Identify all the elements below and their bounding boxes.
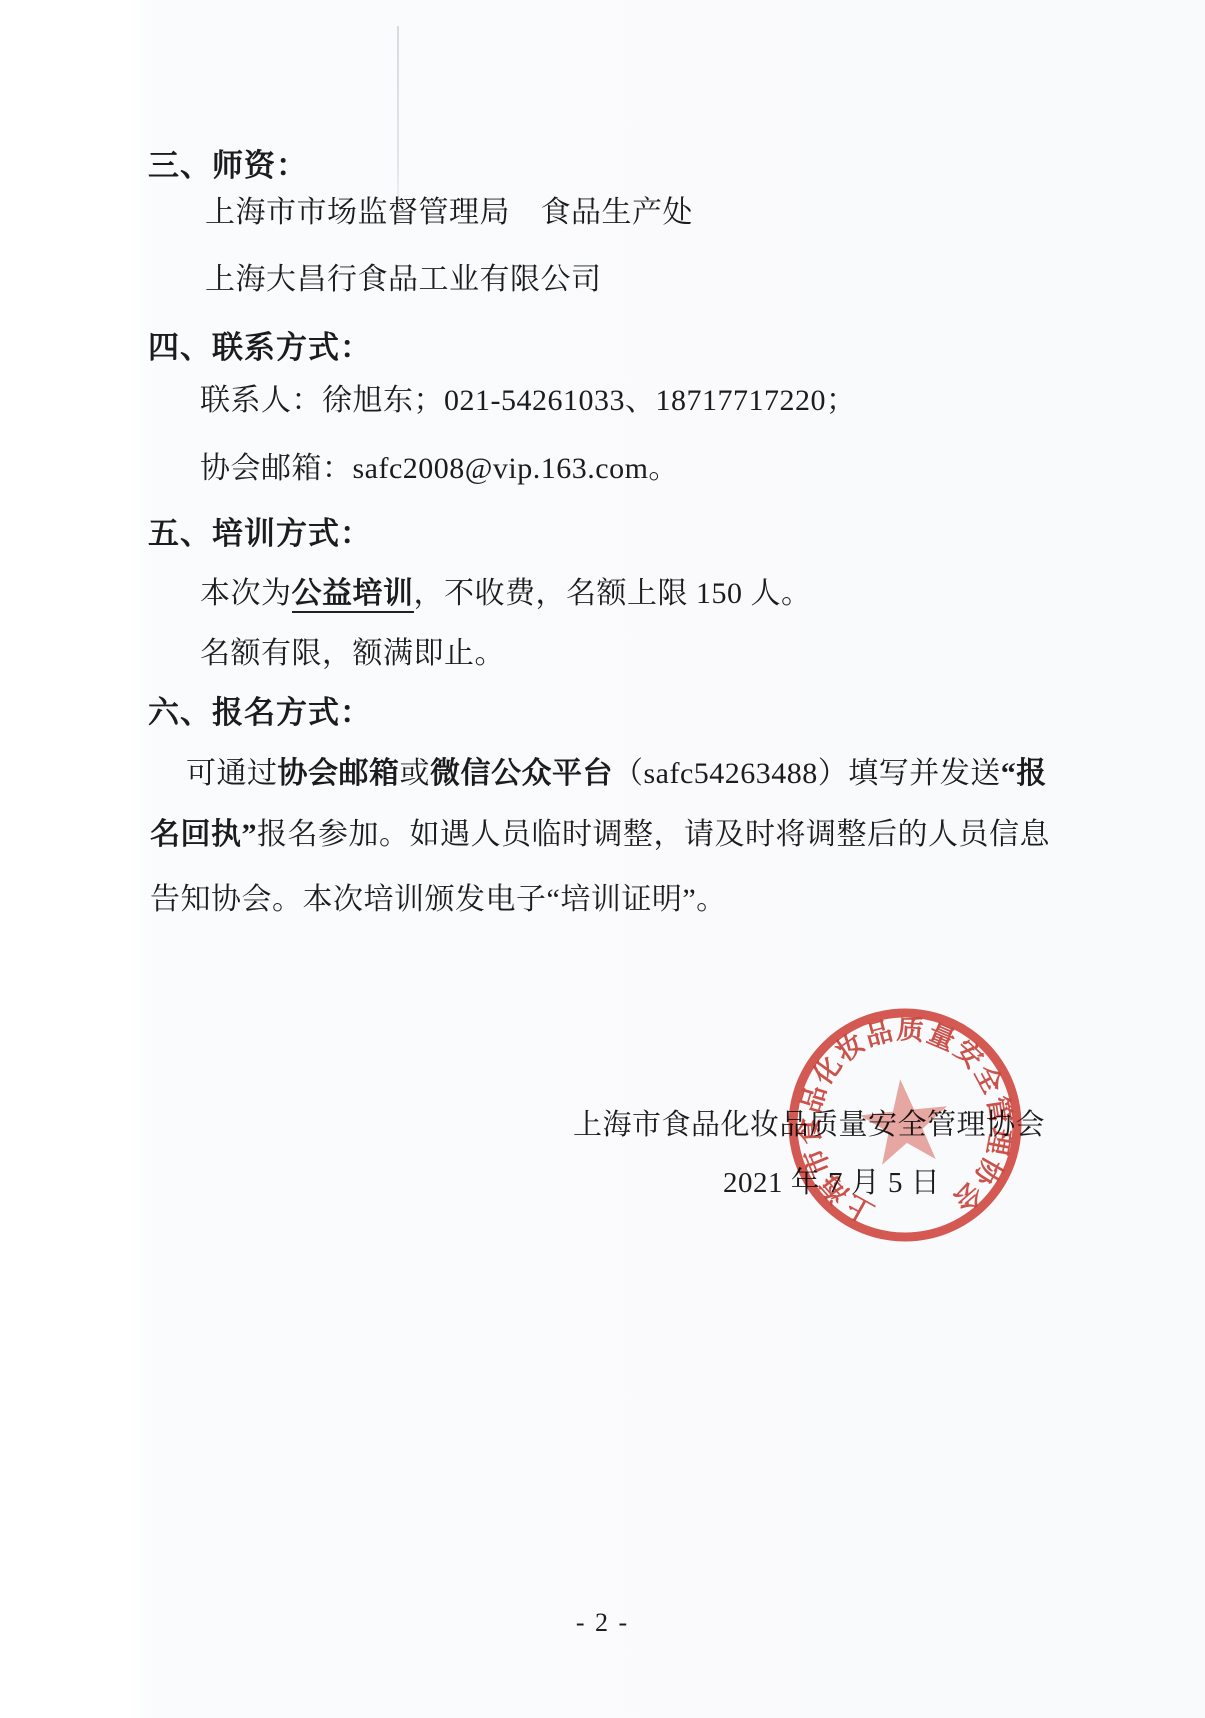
quota-line: 名额有限，额满即止。 [200, 628, 505, 672]
section-3-line-2: 上海大昌行食品工业有限公司 [205, 254, 602, 298]
registration-line-2: 名回执”报名参加。如遇人员临时调整，请及时将调整后的人员信息 [150, 809, 1050, 853]
contact-person-line: 联系人：徐旭东；021-54261033、18717717220； [200, 375, 857, 419]
reg-l1-wechat-bold: 微信公众平台 [430, 757, 613, 790]
reg-l1-email-bold: 协会邮箱 [278, 757, 400, 790]
registration-line-1: 可通过协会邮箱或微信公众平台（safc54263488）填写并发送“报 [186, 748, 1047, 792]
training-fee-line: 本次为公益培训，不收费，名额上限 150 人。 [200, 568, 812, 612]
section-3-line-1: 上海市市场监督管理局 食品生产处 [205, 187, 693, 231]
reg-l2-receipt-bold: 名回执” [150, 818, 257, 851]
reg-l1-account: （safc54263488）填写并发送 [613, 757, 1001, 790]
reg-l1-pre: 可通过 [186, 757, 278, 790]
section-6-heading: 六、报名方式： [148, 687, 372, 732]
official-seal: 上海市食品化妆品质量安全管理协会 [762, 982, 1048, 1268]
section-4-heading: 四、联系方式： [148, 322, 372, 367]
page-number: - 2 - [0, 1608, 1205, 1638]
free-training-emphasis: 公益培训 [292, 577, 414, 613]
training-fee-pre: 本次为 [200, 577, 292, 610]
reg-l2-rest: 报名参加。如遇人员临时调整，请及时将调整后的人员信息 [257, 818, 1050, 851]
reg-l1-or: 或 [400, 757, 431, 790]
document-page: 三、师资： 上海市市场监督管理局 食品生产处 上海大昌行食品工业有限公司 四、联… [0, 0, 1205, 1718]
association-email-line: 协会邮箱：safc2008@vip.163.com。 [200, 443, 679, 487]
reg-l1-quote-bold: “报 [1001, 757, 1047, 790]
section-3-heading: 三、师资： [148, 140, 308, 185]
section-5-heading: 五、培训方式： [148, 508, 372, 553]
training-fee-post: ，不收费，名额上限 150 人。 [414, 577, 812, 610]
seal-star [857, 1075, 953, 1167]
registration-line-3: 告知协会。本次培训颁发电子“培训证明”。 [150, 874, 727, 918]
